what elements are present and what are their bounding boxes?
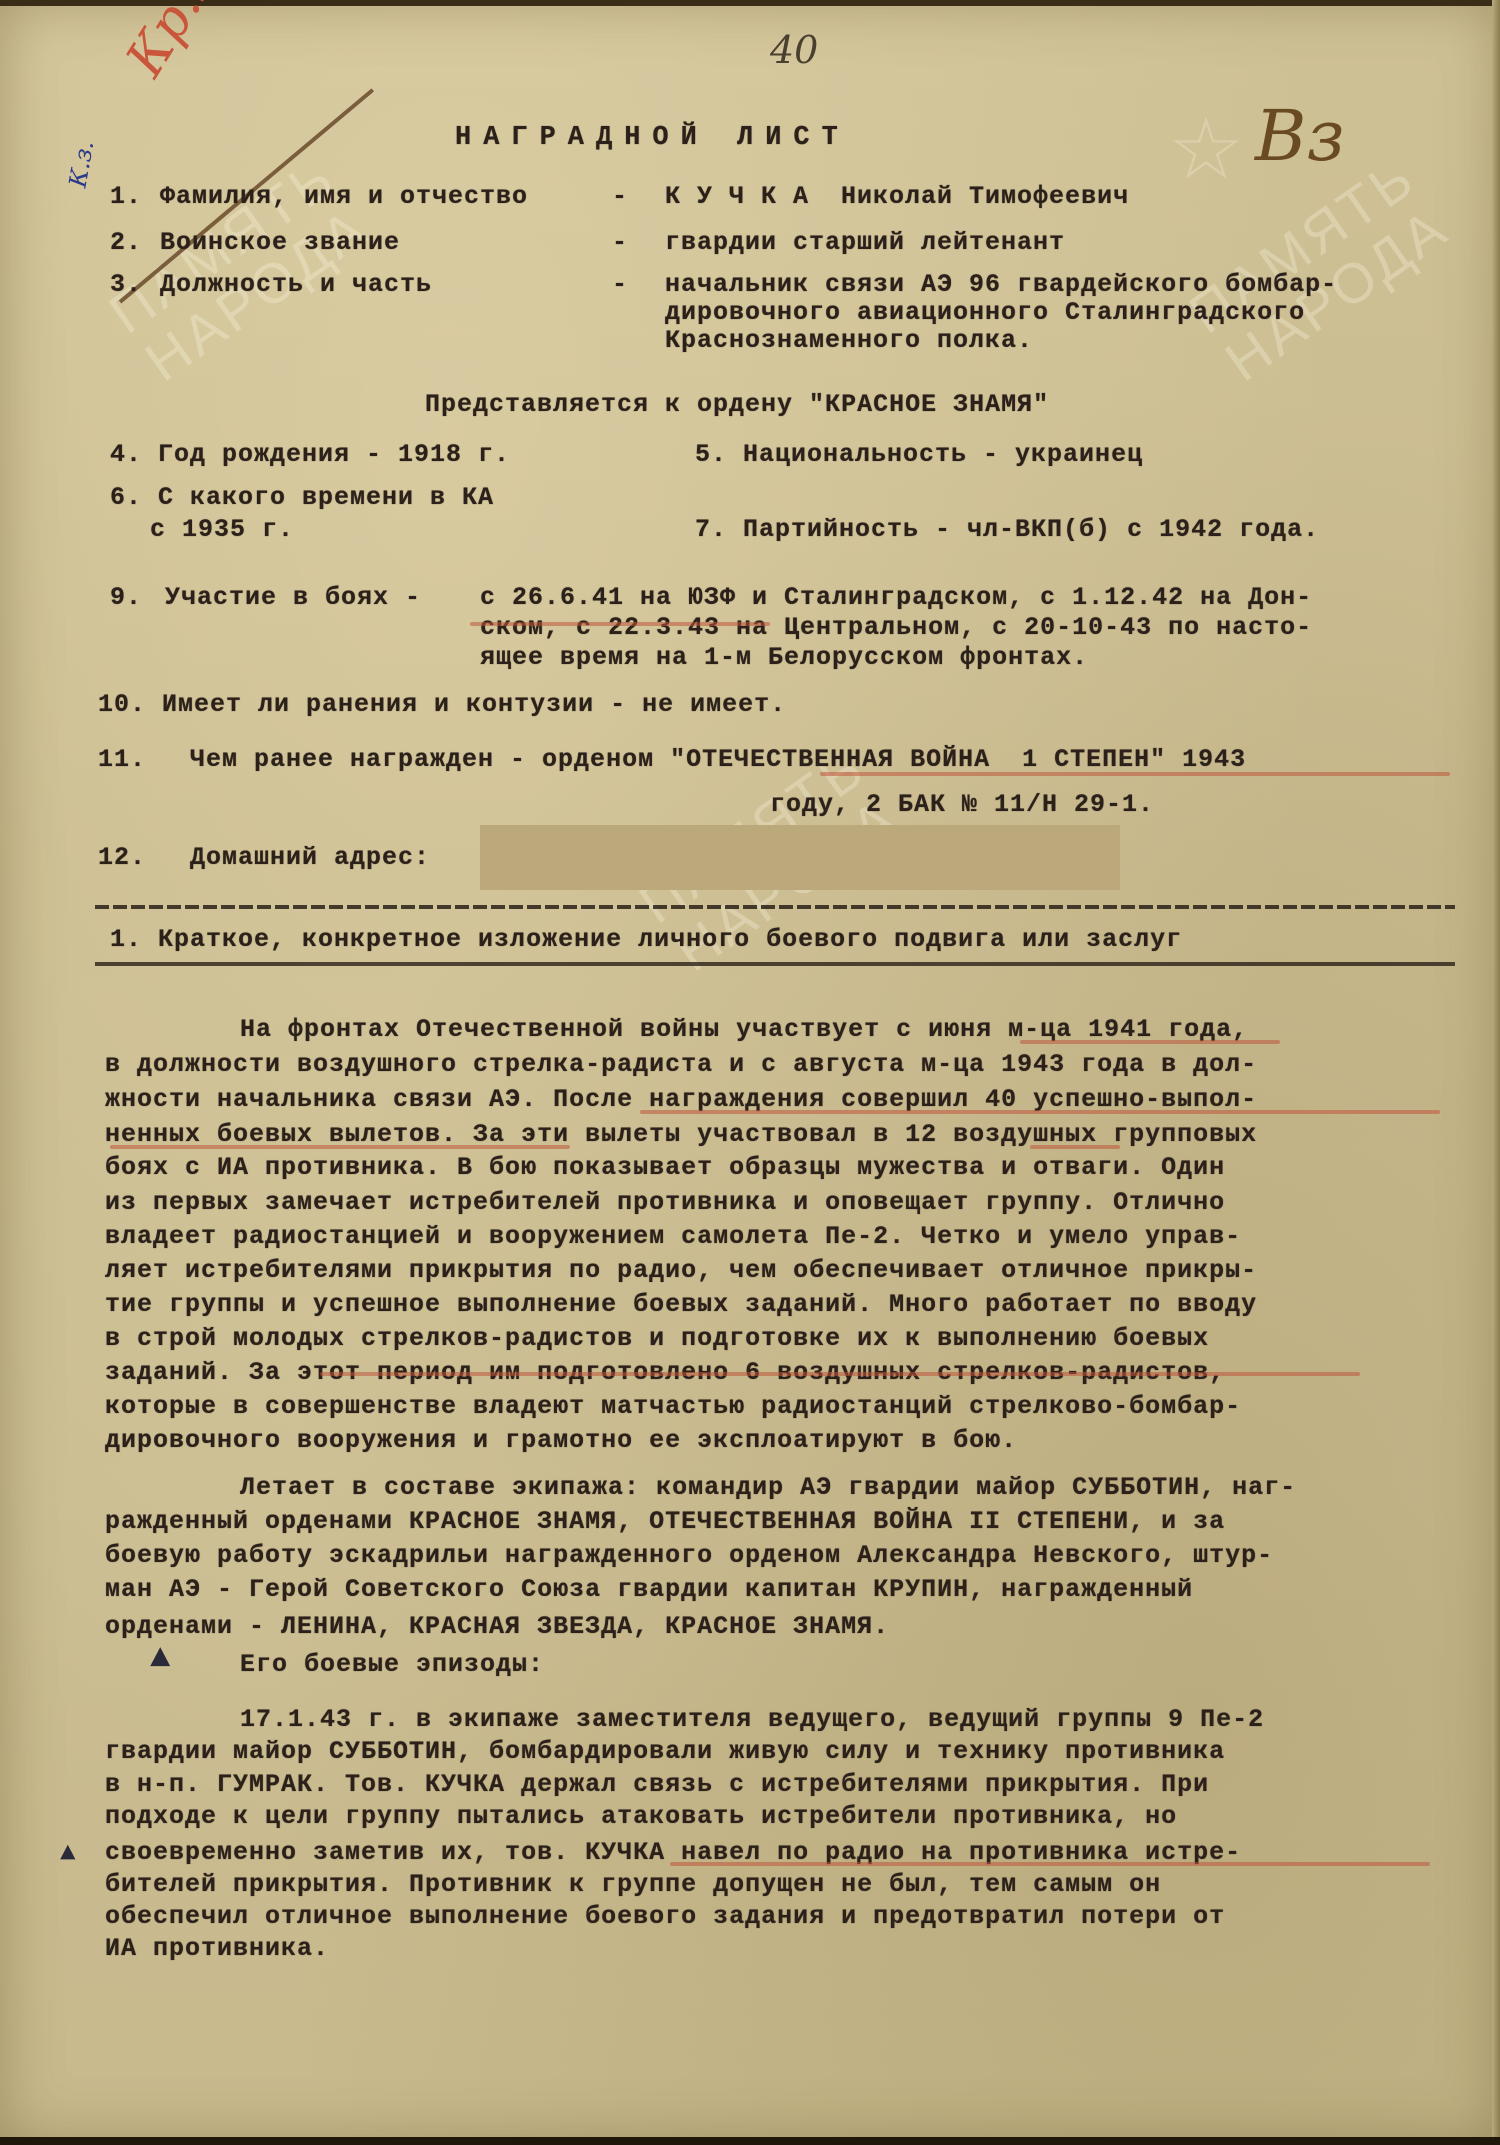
military-rank-value: гвардии старший лейтенант [665, 228, 1065, 257]
party-membership-field: 7. Партийность - чл-ВКП(б) с 1942 года. [695, 515, 1319, 544]
field-9-number: 9. [110, 583, 142, 612]
text-line: боевую работу эскадрильи награжденного о… [105, 1541, 1273, 1570]
award-sheet-page: ПАМЯТЬНАРОДА ПАМЯТЬНАРОДА ПАМЯТЬНАРОДА ☆… [0, 0, 1500, 2145]
text-line: орденами - ЛЕНИНА, КРАСНАЯ ЗВЕЗДА, КРАСН… [105, 1612, 889, 1641]
section-divider-top [95, 905, 1455, 909]
field-3-label: Должность и часть [160, 270, 432, 299]
text-line: в строй молодых стрелков-радистов и подг… [105, 1324, 1209, 1353]
episodes-header: Его боевые эпизоды: [240, 1650, 544, 1679]
full-name-value: К У Ч К А Николай Тимофеевич [665, 182, 1129, 211]
text-line: в должности воздушного стрелка-радиста и… [105, 1050, 1257, 1079]
page-number: 40 [770, 28, 818, 72]
field-1-number: 1. [110, 182, 142, 211]
field-3-sep: - [612, 270, 628, 299]
field-9-label: Участие в боях - [165, 583, 421, 612]
field-2-label: Воинское звание [160, 228, 400, 257]
field-3-number: 3. [110, 270, 142, 299]
text-line: обеспечил отличное выполнение боевого за… [105, 1902, 1225, 1931]
previous-awards-line-1: Чем ранее награжден - орденом "ОТЕЧЕСТВЕ… [190, 745, 1246, 774]
position-unit-line-3: Краснознаменного полка. [665, 326, 1033, 355]
birth-year-field: 4. Год рождения - 1918 г. [110, 440, 510, 469]
watermark-star-icon: ☆ [1170, 70, 1242, 217]
red-underline [1020, 1040, 1280, 1044]
page-edge-right [1492, 0, 1500, 2145]
text-line: ляет истребителями прикрытия по радио, ч… [105, 1256, 1257, 1285]
text-line: боях с ИА противника. В бою показывает о… [105, 1153, 1225, 1182]
text-line: из первых замечает истребителей противни… [105, 1188, 1225, 1217]
signature: Вз [1255, 95, 1345, 177]
home-address-redacted [480, 825, 1120, 890]
text-line: ражденный орденами КРАСНОЕ ЗНАМЯ, ОТЕЧЕС… [105, 1507, 1225, 1536]
page-edge-top [0, 0, 1500, 6]
field-11-number: 11. [98, 745, 146, 774]
section-divider-bottom [95, 962, 1455, 966]
red-underline [670, 1862, 1430, 1866]
service-since-label: 6. С какого времени в КА [110, 483, 494, 512]
red-underline [1030, 1145, 1120, 1149]
field-2-sep: - [612, 228, 628, 257]
text-line: в н-п. ГУМРАК. Тов. КУЧКА держал связь с… [105, 1770, 1209, 1799]
field-2-number: 2. [110, 228, 142, 257]
service-since-value: с 1935 г. [150, 515, 294, 544]
blue-pencil-mark: К.з. [64, 138, 100, 189]
text-line: бителей прикрытия. Противник к группе до… [105, 1870, 1161, 1899]
text-line: которые в совершенстве владеют матчастью… [105, 1392, 1241, 1421]
field-12-number: 12. [98, 843, 146, 872]
nomination-line: Представляется к ордену "КРАСНОЕ ЗНАМЯ" [425, 390, 1049, 419]
text-line: тие группы и успешное выполнение боевых … [105, 1290, 1257, 1319]
nationality-field: 5. Национальность - украинец [695, 440, 1143, 469]
text-line: Летает в составе экипажа: командир АЭ гв… [240, 1473, 1296, 1502]
wounds-field: 10. Имеет ли ранения и контузии - не име… [98, 690, 786, 719]
text-line: владеет радиостанцией и вооружением само… [105, 1222, 1241, 1251]
combat-participation-line-1: с 26.6.41 на ЮЗФ и Сталинградском, с 1.1… [480, 583, 1312, 612]
text-line: ман АЭ - Герой Советского Союза гвардии … [105, 1575, 1193, 1604]
red-underline [640, 1110, 1440, 1114]
pencil-mark-icon: ▲ [150, 1640, 170, 1678]
red-underline [110, 1145, 570, 1149]
red-underline [820, 772, 1450, 776]
pencil-mark-icon: ▲ [60, 1838, 76, 1868]
text-line: ИА противника. [105, 1934, 329, 1963]
text-line: 17.1.43 г. в экипаже заместителя ведущег… [240, 1705, 1264, 1734]
position-unit-line-2: дировочного авиационного Сталинградского [665, 298, 1305, 327]
document-title: НАГРАДНОЙ ЛИСТ [455, 123, 850, 153]
red-underline [320, 1372, 1360, 1376]
field-1-label: Фамилия, имя и отчество [160, 182, 528, 211]
combat-participation-line-2: ском, с 22.3.43 на Центральном, с 20-10-… [480, 613, 1312, 642]
text-line: дировочного вооружения и грамотно ее экс… [105, 1426, 1017, 1455]
text-line: гвардии майор СУББОТИН, бомбардировали ж… [105, 1737, 1225, 1766]
field-1-sep: - [612, 182, 628, 211]
text-line: подходе к цели группу пытались атаковать… [105, 1802, 1177, 1831]
red-underline [470, 622, 770, 626]
home-address-label: Домашний адрес: [190, 843, 430, 872]
page-edge-bottom [0, 2137, 1500, 2145]
previous-awards-line-2: году, 2 БАК № 11/Н 29-1. [770, 790, 1154, 819]
section-header: 1. Краткое, конкретное изложение личного… [110, 925, 1182, 954]
red-pencil-mark: Кр.зн [115, 0, 247, 87]
combat-participation-line-3: ящее время на 1-м Белорусском фронтах. [480, 643, 1088, 672]
position-unit-line-1: начальник связи АЭ 96 гвардейского бомба… [665, 270, 1337, 299]
